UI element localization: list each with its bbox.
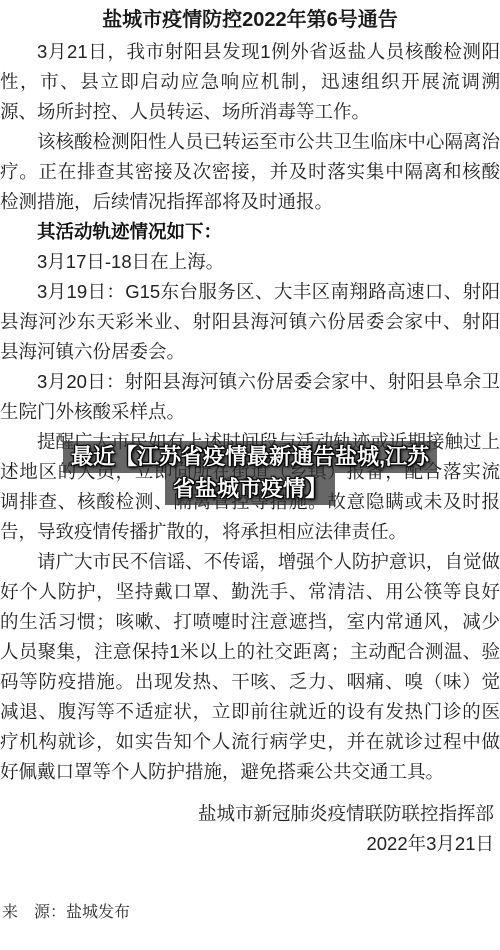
body-text-line: 3月21日，我市射阳县发现1例外省返盐人员核酸检测阳 bbox=[0, 37, 500, 67]
body-text-line: 源、场所封控、人员转运、场所消毒等工作。 bbox=[0, 97, 500, 127]
body-text-line: 好佩戴口罩等个人防护措施，避免搭乘公共交通工具。 bbox=[0, 757, 500, 787]
body-text-line: 调排查、核酸检测、隔离管控等措施。故意隐瞒或未及时报 bbox=[0, 487, 500, 517]
body-text-line: 性，市、县立即启动应急响应机制，迅速组织开展流调溯 bbox=[0, 67, 500, 97]
signature-block: 盐城市新冠肺炎疫情联防联控指挥部 2022年3月21日 bbox=[0, 799, 500, 859]
body-text-line: 生院门外核酸采样点。 bbox=[0, 397, 500, 427]
body-text-line: 提醒广大市民如有上述时间段与活动轨迹或近期接触过上 bbox=[0, 427, 500, 457]
body-text-line: 3月20日：射阳县海河镇六份居委会家中、射阳县阜余卫 bbox=[0, 367, 500, 397]
body-text-line: 县海河镇六份居委会。 bbox=[0, 337, 500, 367]
notice-document: 盐城市疫情防控2022年第6号通告 3月21日，我市射阳县发现1例外省返盐人员核… bbox=[0, 0, 500, 950]
body-text-line: 其活动轨迹情况如下： bbox=[0, 217, 500, 247]
notice-body: 3月21日，我市射阳县发现1例外省返盐人员核酸检测阳性，市、县立即启动应急响应机… bbox=[0, 37, 500, 787]
body-text-line: 码等防疫措施。出现发热、干咳、乏力、咽痛、嗅（味）觉 bbox=[0, 667, 500, 697]
body-text-line: 检测措施，后续情况指挥部将及时通报。 bbox=[0, 187, 500, 217]
source-label: 来 源：盐城发布 bbox=[2, 902, 130, 924]
body-text-line: 好个人防护，坚持戴口罩、勤洗手、常清洁、用公筷等良好 bbox=[0, 577, 500, 607]
page-title: 盐城市疫情防控2022年第6号通告 bbox=[0, 0, 500, 36]
body-text-line: 县海河沙东天彩米业、射阳县海河镇六份居委会家中、射阳 bbox=[0, 307, 500, 337]
body-text-line: 减退、腹泻等不适症状，立即前往就近的设有发热门诊的医 bbox=[0, 697, 500, 727]
body-text-line: 人员聚集，注意保持1米以上的社交距离；主动配合测温、验 bbox=[0, 637, 500, 667]
body-text-line: 的生活习惯；咳嗽、打喷嚏时注意遮挡，室内常通风，减少 bbox=[0, 607, 500, 637]
signature-org: 盐城市新冠肺炎疫情联防联控指挥部 bbox=[0, 799, 494, 829]
body-text-line: 疗。正在排查其密接及次密接，并及时落实集中隔离和核酸 bbox=[0, 157, 500, 187]
signature-date: 2022年3月21日 bbox=[0, 829, 494, 859]
body-text-line: 请广大市民不信谣、不传谣，增强个人防护意识，自觉做 bbox=[0, 547, 500, 577]
body-text-line: 述地区的人员，立即向所在街道（乡镇）报备，配合落实流 bbox=[0, 457, 500, 487]
body-text-line: 3月19日：G15东台服务区、大丰区南翔路高速口、射阳 bbox=[0, 277, 500, 307]
body-text-line: 3月17日-18日在上海。 bbox=[0, 247, 500, 277]
body-text-line: 疗机构就诊，如实告知个人流行病学史，并在就诊过程中做 bbox=[0, 727, 500, 757]
body-text-line: 告，导致疫情传播扩散的，将承担相应法律责任。 bbox=[0, 517, 500, 547]
body-text-line: 该核酸检测阳性人员已转运至市公共卫生临床中心隔离治 bbox=[0, 127, 500, 157]
